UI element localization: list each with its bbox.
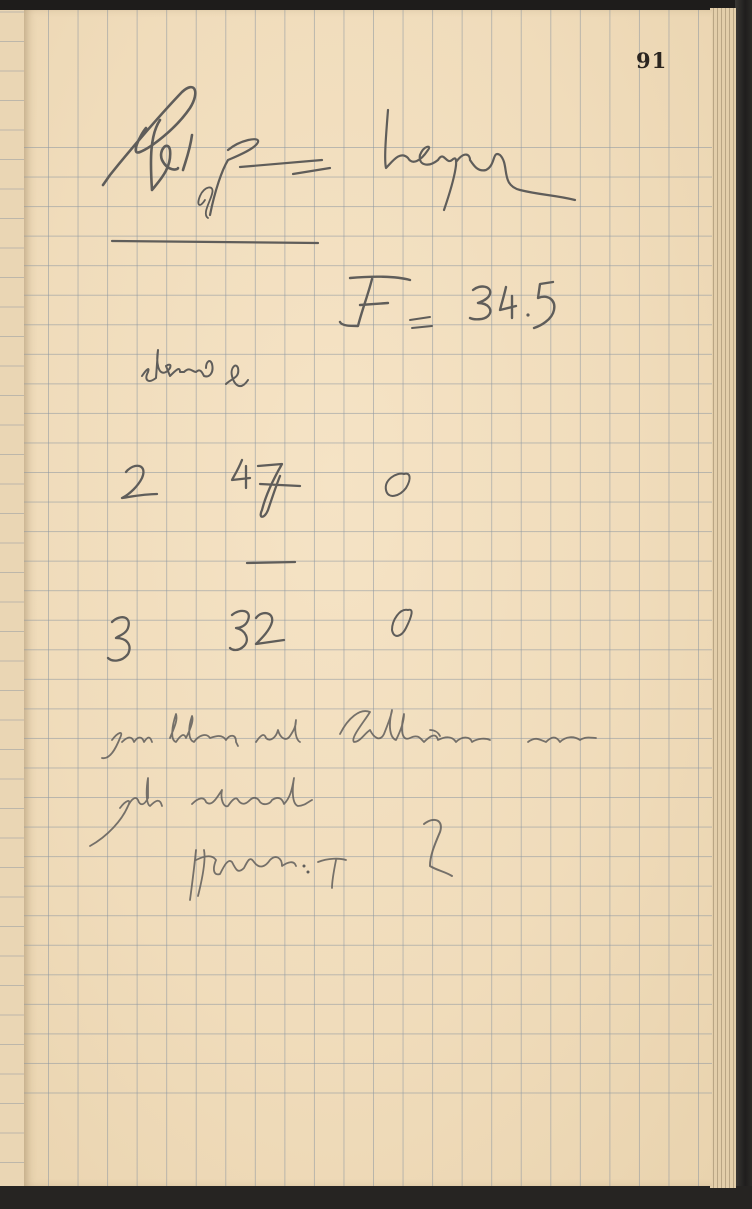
ebenso-strokes — [142, 350, 248, 386]
table-strokes — [108, 460, 412, 661]
handwriting-strokes — [0, 0, 752, 1209]
formula-strokes — [340, 277, 554, 328]
remarks-strokes — [90, 710, 596, 900]
heading-strokes — [103, 87, 575, 243]
